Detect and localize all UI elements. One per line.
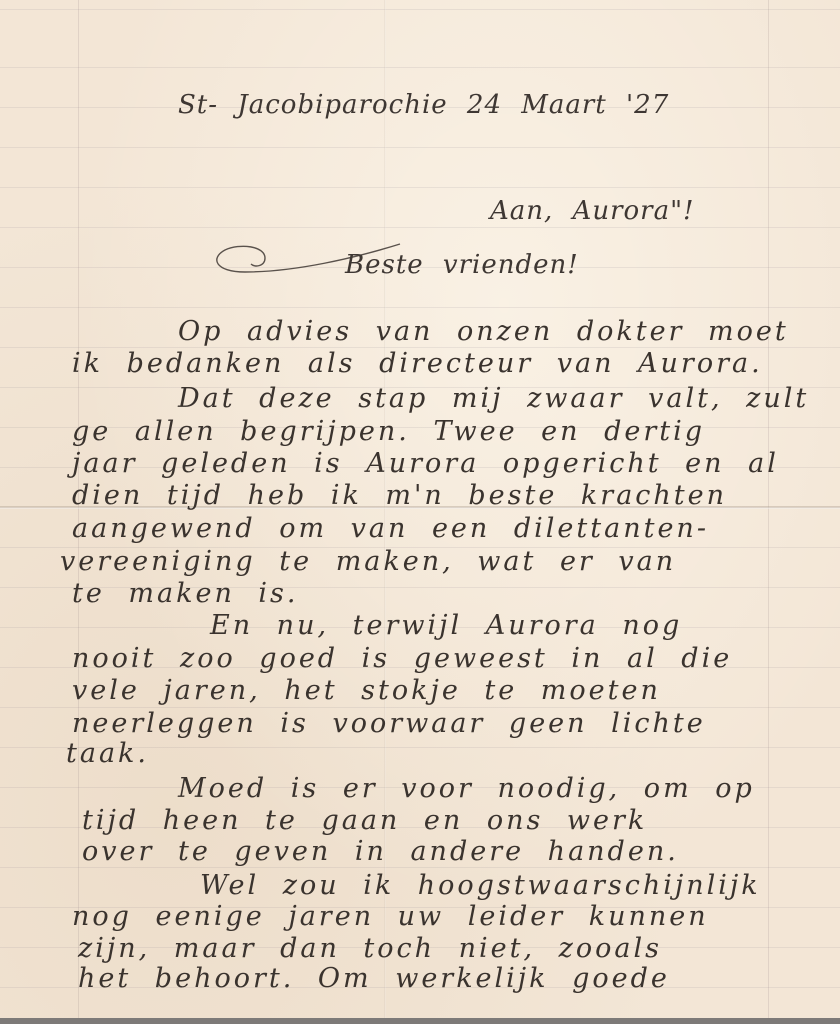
- letter-line: neerleggen is voorwaar geen lichte: [72, 710, 706, 737]
- letter-line: Dat deze stap mij zwaar valt, zult: [178, 385, 809, 412]
- right-margin-line: [768, 0, 769, 1018]
- letter-line: taak.: [66, 740, 149, 767]
- letter-line: dien tijd heb ik m'n beste krachten: [72, 482, 727, 509]
- letter-line: En nu, terwijl Aurora nog: [210, 612, 682, 639]
- addressee: Aan, Aurora"!: [490, 198, 695, 224]
- letter-line: ik bedanken als directeur van Aurora.: [72, 350, 763, 377]
- letter-line: aangewend om van een dilettanten-: [72, 515, 709, 542]
- letter-line: Wel zou ik hoogstwaarschijnlijk: [200, 872, 761, 899]
- place-date: St- Jacobiparochie 24 Maart '27: [178, 92, 669, 118]
- letter-line: Moed is er voor noodig, om op: [178, 775, 755, 802]
- letter-line: vele jaren, het stokje te moeten: [72, 677, 661, 704]
- letter-line: te maken is.: [72, 580, 299, 607]
- letter-line: nog eenige jaren uw leider kunnen: [72, 903, 709, 930]
- letter-line: over te geven in andere handen.: [82, 838, 679, 865]
- letter-line: tijd heen te gaan en ons werk: [82, 807, 647, 834]
- letter-line: nooit zoo goed is geweest in al die: [72, 645, 732, 672]
- letter-line: jaar geleden is Aurora opgericht en al: [72, 450, 779, 477]
- letter-page: St- Jacobiparochie 24 Maart '27 Aan, Aur…: [0, 0, 840, 1018]
- letter-line: ge allen begrijpen. Twee en dertig: [72, 418, 705, 445]
- letter-line: vereeniging te maken, wat er van: [60, 548, 676, 575]
- salutation: Beste vrienden!: [345, 252, 579, 278]
- letter-line: Op advies van onzen dokter moet: [178, 318, 789, 345]
- page-bottom-edge: [0, 1018, 840, 1024]
- letter-line: zijn, maar dan toch niet, zooals: [78, 935, 662, 962]
- letter-line: het behoort. Om werkelijk goede: [78, 965, 670, 992]
